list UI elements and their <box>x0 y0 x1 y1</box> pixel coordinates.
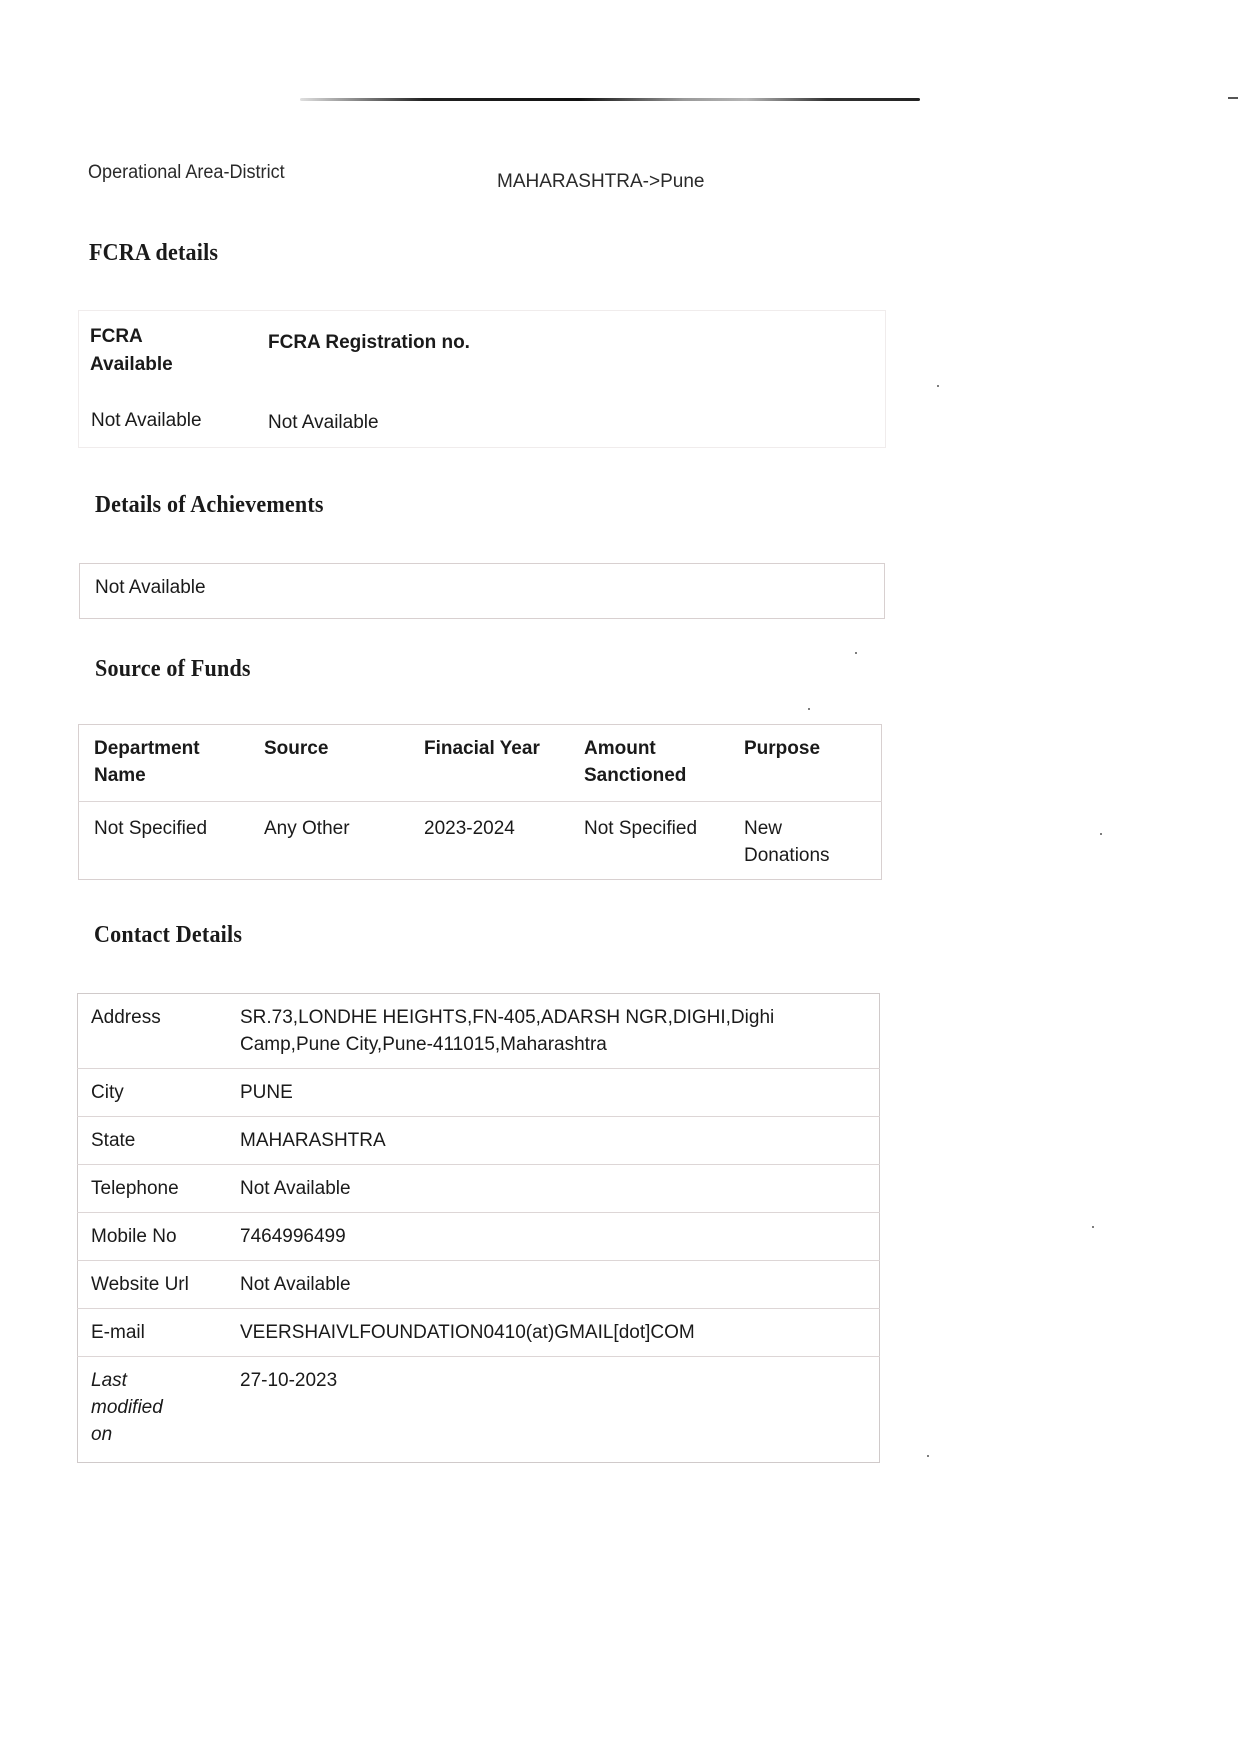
achievements-value: Not Available <box>95 577 206 599</box>
operational-area-label: Operational Area-District <box>88 162 285 184</box>
scan-speck <box>937 385 939 387</box>
contact-label-email: E-mail <box>78 1309 228 1357</box>
contact-value-state: MAHARASHTRA <box>227 1117 880 1165</box>
funds-cell-source: Any Other <box>249 802 409 880</box>
funds-header-year-line1: Finacial Year <box>424 735 561 762</box>
funds-table: Department Name Source Finacial Year Amo… <box>78 724 882 880</box>
fcra-header-available: FCRA Available <box>90 323 173 379</box>
funds-header-year: Finacial Year <box>409 725 569 802</box>
funds-cell-department-text: Not Specified <box>94 815 241 842</box>
funds-header-source-line1: Source <box>264 735 401 762</box>
achievements-section-title: Details of Achievements <box>95 492 324 519</box>
contact-row-state: State MAHARASHTRA <box>78 1117 880 1165</box>
contact-label-website: Website Url <box>78 1261 228 1309</box>
funds-header-amount: Amount Sanctioned <box>569 725 729 802</box>
contact-row-city: City PUNE <box>78 1069 880 1117</box>
contact-row-last-modified: Last modified on 27-10-2023 <box>78 1357 880 1463</box>
fcra-header-registration: FCRA Registration no. <box>268 329 470 357</box>
funds-cell-year: 2023-2024 <box>409 802 569 880</box>
contact-label-city: City <box>78 1069 228 1117</box>
contact-label-last-modified: Last modified on <box>78 1357 228 1463</box>
fcra-registration-value: Not Available <box>268 409 379 437</box>
contact-section-title: Contact Details <box>94 922 242 949</box>
contact-row-email: E-mail VEERSHAIVLFOUNDATION0410(at)GMAIL… <box>78 1309 880 1357</box>
scan-speck <box>808 708 810 710</box>
funds-cell-purpose-line2: Donations <box>744 842 873 869</box>
scan-edge-mark <box>1228 97 1238 99</box>
contact-table: Address SR.73,LONDHE HEIGHTS,FN-405,ADAR… <box>77 993 880 1463</box>
fcra-table: FCRA Available FCRA Registration no. Not… <box>78 310 886 448</box>
contact-value-city: PUNE <box>227 1069 880 1117</box>
contact-label-last-modified-line2: modified <box>91 1394 219 1421</box>
contact-label-address: Address <box>78 994 228 1069</box>
scan-speck <box>1100 833 1102 835</box>
funds-cell-year-text: 2023-2024 <box>424 815 561 842</box>
funds-cell-purpose: New Donations <box>729 802 882 880</box>
contact-value-address: SR.73,LONDHE HEIGHTS,FN-405,ADARSH NGR,D… <box>227 994 880 1069</box>
funds-header-department-line2: Name <box>94 762 241 789</box>
fcra-section-title: FCRA details <box>89 240 218 267</box>
fcra-header-available-line1: FCRA <box>90 323 173 351</box>
contact-value-last-modified: 27-10-2023 <box>227 1357 880 1463</box>
funds-cell-department: Not Specified <box>79 802 250 880</box>
funds-header-row: Department Name Source Finacial Year Amo… <box>79 725 882 802</box>
funds-header-amount-line1: Amount <box>584 735 721 762</box>
contact-row-website: Website Url Not Available <box>78 1261 880 1309</box>
contact-label-state: State <box>78 1117 228 1165</box>
achievements-table: Not Available <box>79 563 885 619</box>
contact-value-website: Not Available <box>227 1261 880 1309</box>
funds-header-source: Source <box>249 725 409 802</box>
contact-label-last-modified-line3: on <box>91 1421 219 1448</box>
scan-speck <box>1092 1226 1094 1228</box>
contact-value-telephone: Not Available <box>227 1165 880 1213</box>
funds-header-amount-line2: Sanctioned <box>584 762 721 789</box>
fcra-available-value: Not Available <box>91 407 202 435</box>
contact-address-line1: SR.73,LONDHE HEIGHTS,FN-405,ADARSH NGR,D… <box>240 1004 871 1031</box>
funds-header-purpose-line1: Purpose <box>744 735 873 762</box>
funds-cell-amount: Not Specified <box>569 802 729 880</box>
contact-row-telephone: Telephone Not Available <box>78 1165 880 1213</box>
funds-header-department-line1: Department <box>94 735 241 762</box>
fcra-header-available-line2: Available <box>90 351 173 379</box>
funds-header-department: Department Name <box>79 725 250 802</box>
funds-cell-amount-text: Not Specified <box>584 815 721 842</box>
contact-value-mobile: 7464996499 <box>227 1213 880 1261</box>
contact-label-mobile: Mobile No <box>78 1213 228 1261</box>
contact-label-last-modified-line1: Last <box>91 1367 219 1394</box>
contact-address-line2: Camp,Pune City,Pune-411015,Maharashtra <box>240 1031 871 1058</box>
funds-section-title: Source of Funds <box>95 656 251 683</box>
funds-cell-source-text: Any Other <box>264 815 401 842</box>
contact-value-email: VEERSHAIVLFOUNDATION0410(at)GMAIL[dot]CO… <box>227 1309 880 1357</box>
funds-cell-purpose-line1: New <box>744 815 873 842</box>
contact-label-telephone: Telephone <box>78 1165 228 1213</box>
contact-row-address: Address SR.73,LONDHE HEIGHTS,FN-405,ADAR… <box>78 994 880 1069</box>
funds-header-purpose: Purpose <box>729 725 882 802</box>
contact-row-mobile: Mobile No 7464996499 <box>78 1213 880 1261</box>
funds-row: Not Specified Any Other 2023-2024 Not Sp… <box>79 802 882 880</box>
scan-speck <box>927 1455 929 1457</box>
scan-top-rule <box>300 98 920 101</box>
scan-speck <box>855 652 857 654</box>
operational-area-value: MAHARASHTRA->Pune <box>497 171 704 193</box>
